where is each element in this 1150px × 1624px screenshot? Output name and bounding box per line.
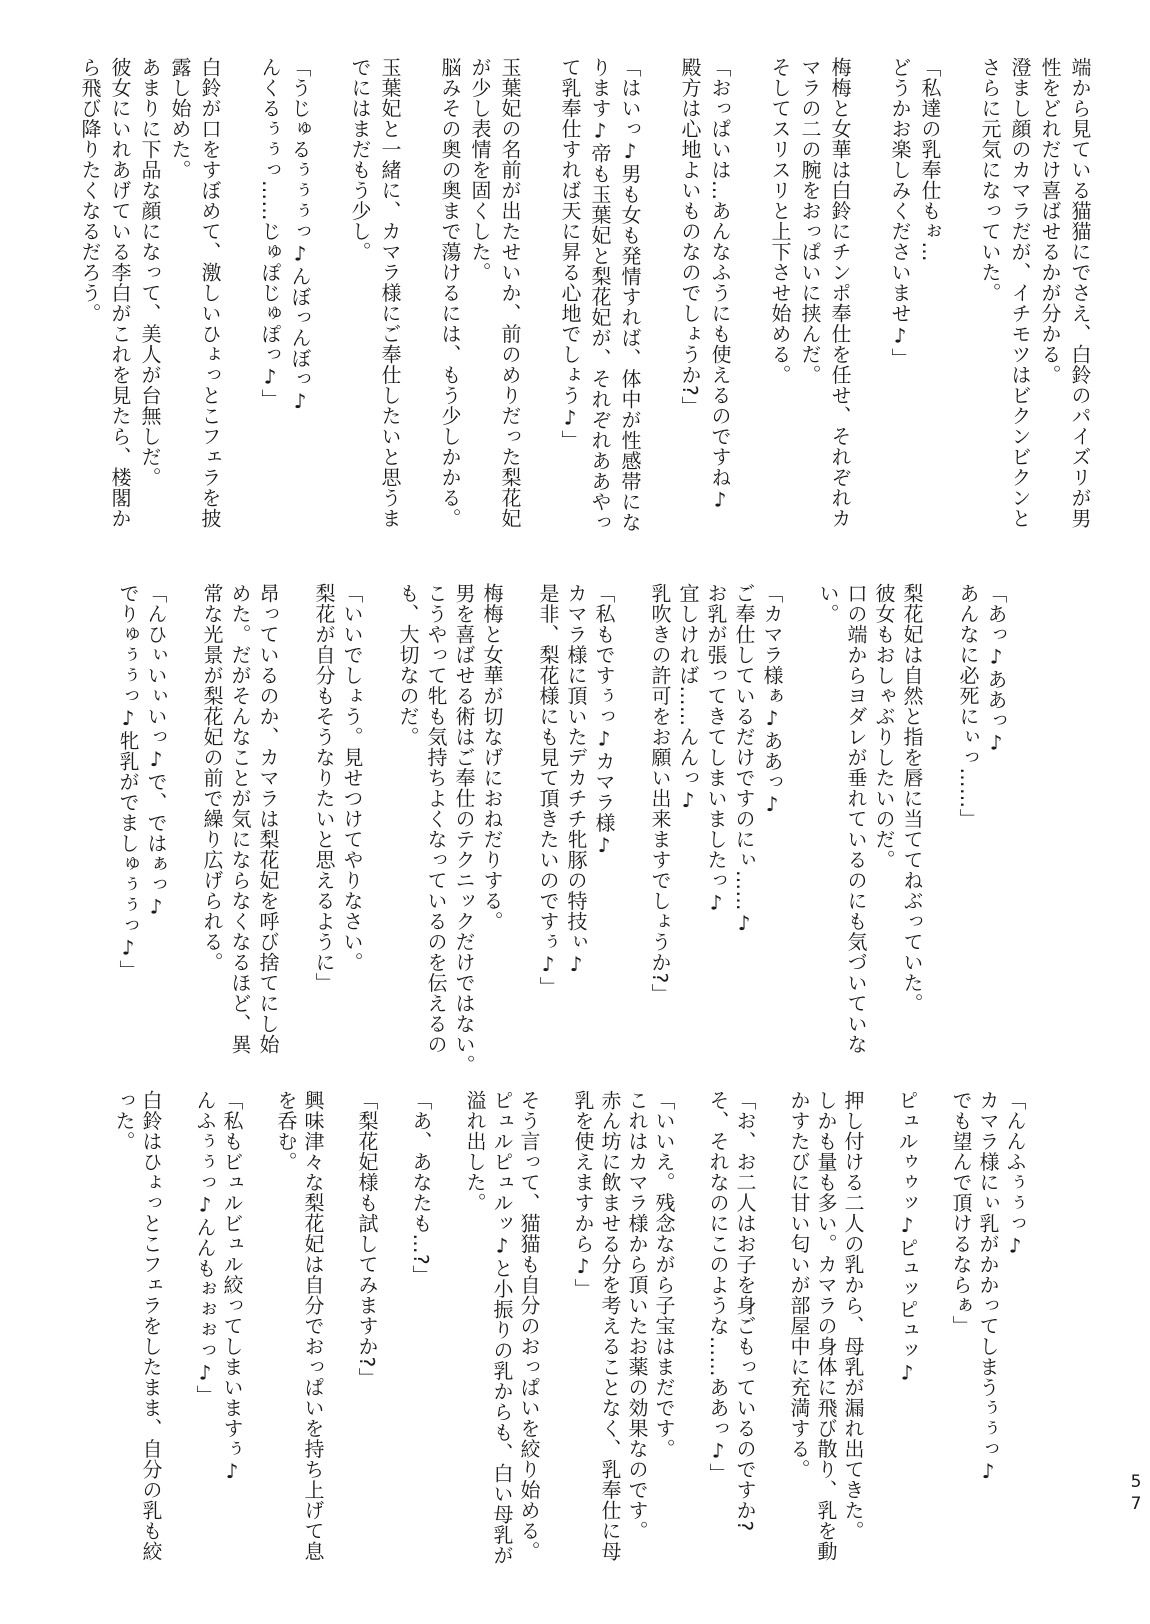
column-gap (866, 1090, 893, 1566)
column-gap (170, 583, 198, 1075)
column-gap (245, 1090, 272, 1566)
column-gap (758, 1090, 785, 1566)
column-gap (920, 1090, 947, 1566)
text-column: て乳奉仕すれば天に昇る心地でしょう♪」 (555, 57, 585, 533)
column-gap (945, 57, 975, 533)
text-column: 性をどれだけ喜ばせるかが分かる。 (1035, 57, 1065, 533)
text-column: 「おっぱいは…あんなふうにも使えるのですね♪ (705, 57, 735, 533)
text-column: でりゅぅぅっ♪牝乳がでましゅぅぅっ♪」 (114, 583, 142, 1075)
text-column: んふぅぅっ♪んんもぉぉぉっ♪」 (191, 1090, 218, 1566)
column-gap (525, 57, 555, 533)
column-gap (366, 583, 394, 1075)
text-column: 乳吹きの許可をお願い出来ますでしょうか?」 (646, 583, 674, 1075)
text-column: 赤ん坊に飲ませる分を考えることなく、乳奉仕に母 (596, 1090, 623, 1566)
text-column: 玉葉妃と一緒に、カマラ様にご奉仕したいと思うま (375, 57, 405, 533)
text-column: 「いいでしょう。見せつけてやりなさい。 (338, 583, 366, 1075)
text-band-bottom: 「んんふぅぅっ♪カマラ様にぃ乳がかかってしまうぅぅっ♪でも望んで頂けるならぁ」 … (110, 1090, 1028, 1566)
text-column: 「私もビュルビュル絞ってしまいますぅ♪ (218, 1090, 245, 1566)
text-band-top: 端から見ている猫猫にでさえ、白鈴のパイズリが男性をどれだけ喜ばせるかが分かる。澄… (75, 57, 1095, 533)
text-column: そしてスリスリと上下させ始める。 (765, 57, 795, 533)
text-column: 脳みその奥の奥まで蕩けるには、もう少しかかる。 (435, 57, 465, 533)
text-column: 押し付ける二人の乳から、母乳が漏れ出てきた。 (839, 1090, 866, 1566)
text-column: 乳を使えますから♪」 (569, 1090, 596, 1566)
text-column: 「カマラ様ぁ♪ああっ♪ (758, 583, 786, 1075)
text-column: 「私もですぅっ♪カマラ様♪ (590, 583, 618, 1075)
column-gap (164, 1090, 191, 1566)
text-column: しかも量も多い。カマラの身体に飛び散り、乳を動 (812, 1090, 839, 1566)
text-column: ピュルゥゥッ♪ピュッピュッ♪ (893, 1090, 920, 1566)
column-gap (326, 1090, 353, 1566)
novel-page: 端から見ている猫猫にでさえ、白鈴のパイズリが男性をどれだけ喜ばせるかが分かる。澄… (0, 0, 1150, 1624)
column-gap (315, 57, 345, 533)
column-gap (645, 57, 675, 533)
text-column: 「あ、あなたも…?」 (407, 1090, 434, 1566)
text-column: 「あっ♪ああっ♪ (982, 583, 1010, 1075)
page-number: 57 (1126, 1472, 1146, 1516)
text-column: かすたびに甘い匂いが部屋中に充満する。 (785, 1090, 812, 1566)
column-gap (405, 57, 435, 533)
text-column: 梅梅と女華が切なげにおねだりする。 (478, 583, 506, 1075)
text-column: 「いいえ。残念ながら子宝はまだです。 (650, 1090, 677, 1566)
text-column: これはカマラ様から頂いたお薬の効果なのです。 (623, 1090, 650, 1566)
text-column: あんなに必死にぃっ……」 (954, 583, 982, 1075)
text-column: こうやって牝も気持ちよくなっているのを伝えるの (422, 583, 450, 1075)
text-column: 澄まし顔のカマラだが、イチモツはビクンビクンと (1005, 57, 1035, 533)
text-band-middle: 「あっ♪ああっ♪あんなに必死にぃっ……」 梨花妃は自然と指を唇に当ててねぶってい… (114, 583, 1010, 1075)
text-column: が少し表情を固くした。 (465, 57, 495, 533)
text-column: 「んひぃいぃいっ♪で、ではぁっ♪ (142, 583, 170, 1075)
text-column: 興味津々な梨花妃は自分でおっぱいを持ち上げて息 (299, 1090, 326, 1566)
text-column: 梅梅と女華は白鈴にチンポ奉仕を任せ、それぞれカ (825, 57, 855, 533)
text-column: カマラ様に頂いたデカチチ牝豚の特技ぃ♪ (562, 583, 590, 1075)
text-column: 「はいっ♪男も女も発情すれば、体中が性感帯にな (615, 57, 645, 533)
text-column: 白鈴が口をすぼめて、激しいひょっとこフェラを披 (195, 57, 225, 533)
column-gap (380, 1090, 407, 1566)
text-column: 男を喜ばせる術はご奉仕のテクニックだけではない。 (450, 583, 478, 1075)
text-column: も、大切なのだ。 (394, 583, 422, 1075)
text-column: 昂っているのか、カマラは梨花妃を呼び捨てにし始 (254, 583, 282, 1075)
text-column: さらに元気になっていた。 (975, 57, 1005, 533)
text-column: そう言って、猫猫も自分のおっぱいを絞り始める。 (515, 1090, 542, 1566)
text-column: お乳が張ってきてしまいましたっ♪ (702, 583, 730, 1075)
text-column: ご奉仕しているだけですのにぃ……♪ (730, 583, 758, 1075)
column-gap (786, 583, 814, 1075)
text-column: ピュルピュルッ♪と小振りの乳からも、白い母乳が (488, 1090, 515, 1566)
text-column: 宜しければ……んんっ♪ (674, 583, 702, 1075)
column-gap (735, 57, 765, 533)
text-column: でも望んで頂けるならぁ」 (947, 1090, 974, 1566)
text-column: 常な光景が梨花妃の前で繰り広げられる。 (198, 583, 226, 1075)
text-column: を呑む。 (272, 1090, 299, 1566)
text-column: そ、それなのにこのような……ああっ♪」 (704, 1090, 731, 1566)
text-column: 「私達の乳奉仕もぉ… (915, 57, 945, 533)
column-gap (855, 57, 885, 533)
column-gap (926, 583, 954, 1075)
column-gap (618, 583, 646, 1075)
column-gap (542, 1090, 569, 1566)
text-column: マラの二の腕をおっぱいに挟んだ。 (795, 57, 825, 533)
column-gap (282, 583, 310, 1075)
text-column: 梨花が自分もそうなりたいと思えるように」 (310, 583, 338, 1075)
column-gap (434, 1090, 461, 1566)
text-column: んくるぅぅっ……じゅぽじゅぽっ♪」 (255, 57, 285, 533)
text-column: 彼女もおしゃぶりしたいのだ。 (870, 583, 898, 1075)
column-gap (506, 583, 534, 1075)
text-column: 溢れ出した。 (461, 1090, 488, 1566)
column-gap (677, 1090, 704, 1566)
text-column: 彼女にいれあげている李白がこれを見たら、楼閣か (105, 57, 135, 533)
text-column: ら飛び降りたくなるだろう。 (75, 57, 105, 533)
text-column: カマラ様にぃ乳がかかってしまうぅぅっ♪ (974, 1090, 1001, 1566)
text-column: 露し始めた。 (165, 57, 195, 533)
text-column: どうかお楽しみくださいませ♪」 (885, 57, 915, 533)
text-column: めた。だがそんなことが気にならなくなるほど、異 (226, 583, 254, 1075)
text-column: 「梨花妃様も試してみますか?」 (353, 1090, 380, 1566)
text-column: 是非、梨花様にも見て頂きたいのですぅ♪」 (534, 583, 562, 1075)
text-column: 「んんふぅぅっ♪ (1001, 1090, 1028, 1566)
column-gap (225, 57, 255, 533)
text-column: でにはまだもう少し。 (345, 57, 375, 533)
text-column: 白鈴はひょっとこフェラをしたまま、自分の乳も絞 (137, 1090, 164, 1566)
text-column: い。 (814, 583, 842, 1075)
text-column: ります♪帝も玉葉妃と梨花妃が、それぞれああやっ (585, 57, 615, 533)
text-column: 「うじゅるぅぅぅっ♪んぼっんぼっ♪ (285, 57, 315, 533)
text-column: った。 (110, 1090, 137, 1566)
text-column: 口の端からヨダレが垂れているのにも気づいていな (842, 583, 870, 1075)
text-column: 端から見ている猫猫にでさえ、白鈴のパイズリが男 (1065, 57, 1095, 533)
text-column: 「お、お二人はお子を身ごもっているのですか? (731, 1090, 758, 1566)
text-column: 殿方は心地よいものなのでしょうか?」 (675, 57, 705, 533)
text-column: あまりに下品な顔になって、美人が台無しだ。 (135, 57, 165, 533)
text-column: 玉葉妃の名前が出たせいか、前のめりだった梨花妃 (495, 57, 525, 533)
text-column: 梨花妃は自然と指を唇に当ててねぶっていた。 (898, 583, 926, 1075)
